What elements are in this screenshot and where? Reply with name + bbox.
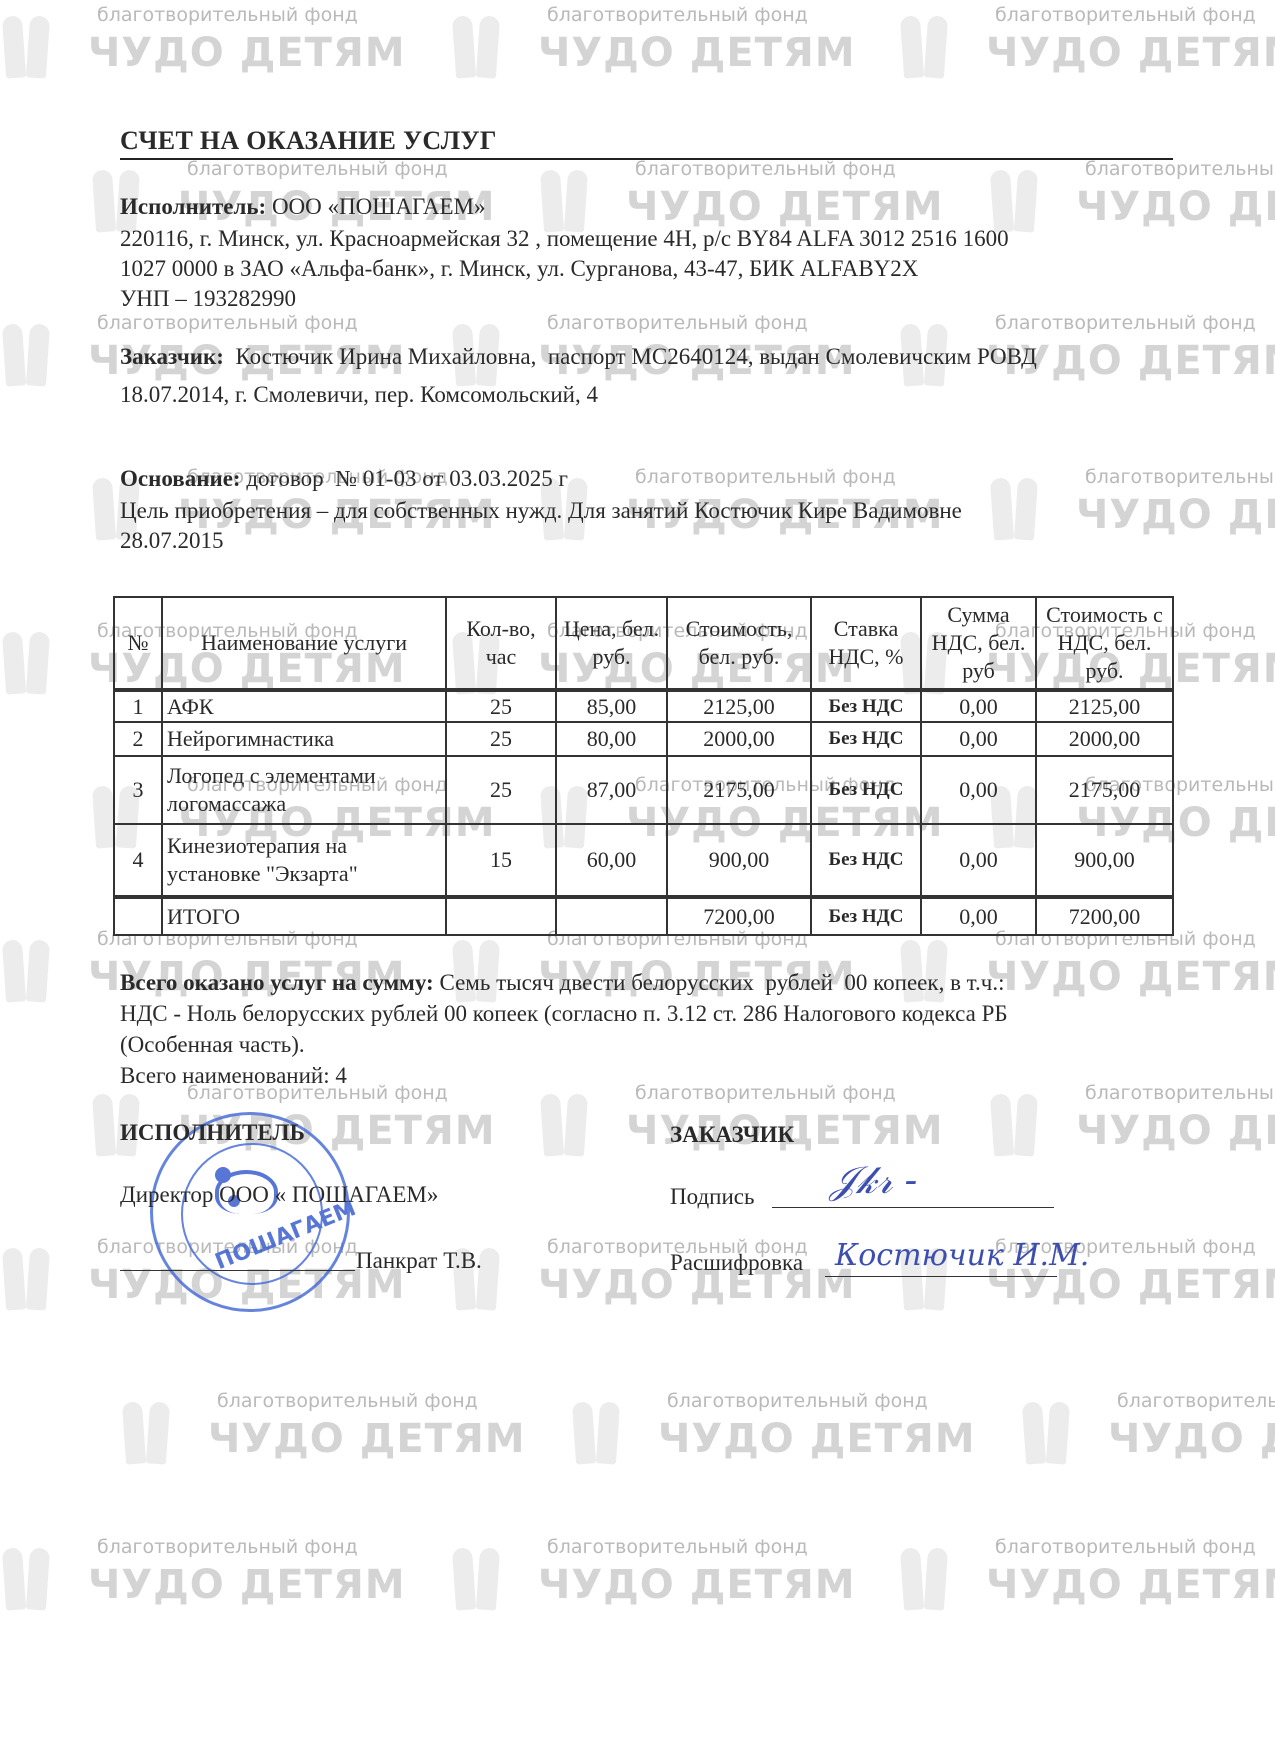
document-title: СЧЕТ НА ОКАЗАНИЕ УСЛУГ — [120, 126, 497, 156]
row-cost: 900,00 — [667, 824, 811, 897]
totals-row: ИТОГО 7200,00 Без НДС 0,00 7200,00 — [114, 897, 1173, 935]
totals-vat-rate: Без НДС — [811, 897, 921, 935]
col-header-num: № — [114, 597, 162, 690]
row-vat-rate: Без НДС — [811, 824, 921, 897]
row-price: 87,00 — [556, 756, 667, 824]
totals-label: ИТОГО — [162, 897, 446, 935]
row-name: АФК — [162, 690, 446, 722]
row-name: Нейрогимнастика — [162, 722, 446, 756]
executor-label: Исполнитель: — [120, 194, 266, 219]
executor-name: ООО «ПОШАГАЕМ» — [272, 194, 486, 219]
row-num: 2 — [114, 722, 162, 756]
row-total: 900,00 — [1036, 824, 1173, 897]
col-header-name: Наименование услуги — [162, 597, 446, 690]
summary-count: Всего наименований: 4 — [120, 1061, 347, 1090]
table-row: 3 Логопед с элементами логомассажа 25 87… — [114, 756, 1173, 824]
handwritten-signature: 𝒥𝓀𝓇 - — [830, 1158, 917, 1203]
customer-line2: 18.07.2014, г. Смолевичи, пер. Комсомоль… — [120, 380, 598, 409]
table-header-row: № Наименование услуги Кол-во, час Цена, … — [114, 597, 1173, 690]
totals-cost: 7200,00 — [667, 897, 811, 935]
row-vat-sum: 0,00 — [921, 690, 1036, 722]
row-num: 1 — [114, 690, 162, 722]
col-header-qty: Кол-во, час — [446, 597, 556, 690]
col-header-vat-rate: Ставка НДС, % — [811, 597, 921, 690]
summary-label: Всего оказано услуг на сумму: — [120, 970, 434, 995]
row-vat-rate: Без НДС — [811, 690, 921, 722]
row-qty: 25 — [446, 690, 556, 722]
totals-vat-sum: 0,00 — [921, 897, 1036, 935]
col-header-cost: Стоимость, бел. руб. — [667, 597, 811, 690]
row-name: Кинезиотерапия на установке "Экзарта" — [162, 824, 446, 897]
summary-vat-line: НДС - Ноль белорусских рублей 00 копеек … — [120, 999, 1008, 1028]
table-row: 4 Кинезиотерапия на установке "Экзарта" … — [114, 824, 1173, 897]
signature-line — [772, 1207, 1054, 1208]
row-cost: 2175,00 — [667, 756, 811, 824]
row-qty: 15 — [446, 824, 556, 897]
row-total: 2125,00 — [1036, 690, 1173, 722]
executor-unp: УНП – 193282990 — [120, 284, 296, 313]
row-vat-sum: 0,00 — [921, 824, 1036, 897]
table-row: 2 Нейрогимнастика 25 80,00 2000,00 Без Н… — [114, 722, 1173, 756]
totals-price — [556, 897, 667, 935]
col-header-vat-sum: Сумма НДС, бел. руб — [921, 597, 1036, 690]
purpose-line1: Цель приобретения – для собственных нужд… — [120, 496, 962, 525]
row-cost: 2125,00 — [667, 690, 811, 722]
basis-label: Основание: — [120, 466, 241, 491]
row-qty: 25 — [446, 756, 556, 824]
executor-position: Директор ООО « ПОШАГАЕМ» — [120, 1180, 438, 1209]
executor-name: Панкрат Т.В. — [356, 1246, 482, 1275]
summary-text: Семь тысяч двести белорусских рублей 00 … — [434, 970, 1005, 995]
executor-block: Исполнитель: ООО «ПОШАГАЕМ» — [120, 192, 485, 221]
col-header-total: Стоимость с НДС, бел. руб. — [1036, 597, 1173, 690]
row-num: 4 — [114, 824, 162, 897]
summary-block: Всего оказано услуг на сумму: Семь тысяч… — [120, 968, 1004, 997]
row-vat-rate: Без НДС — [811, 756, 921, 824]
totals-total: 7200,00 — [1036, 897, 1173, 935]
basis-text: договор № 01-03 от 03.03.2025 г — [241, 466, 568, 491]
executor-address-line2: 1027 0000 в ЗАО «Альфа-банк», г. Минск, … — [120, 254, 918, 283]
row-total: 2000,00 — [1036, 722, 1173, 756]
row-name: Логопед с элементами логомассажа — [162, 756, 446, 824]
purpose-line2: 28.07.2015 — [120, 526, 224, 555]
row-vat-rate: Без НДС — [811, 722, 921, 756]
handwritten-decoding: Костючик И.М. — [835, 1238, 1089, 1273]
totals-num — [114, 897, 162, 935]
summary-vat-line2: (Особенная часть). — [120, 1030, 305, 1059]
basis-block: Основание: договор № 01-03 от 03.03.2025… — [120, 464, 568, 493]
row-vat-sum: 0,00 — [921, 756, 1036, 824]
customer-heading: ЗАКАЗЧИК — [670, 1120, 794, 1149]
customer-block: Заказчик: Костючик Ирина Михайловна, пас… — [120, 342, 1037, 371]
decoding-line — [825, 1276, 1057, 1277]
row-price: 80,00 — [556, 722, 667, 756]
row-cost: 2000,00 — [667, 722, 811, 756]
executor-signature-line — [120, 1270, 355, 1271]
title-underline — [120, 158, 1173, 160]
row-price: 60,00 — [556, 824, 667, 897]
customer-line1: Костючик Ирина Михайловна, паспорт МС264… — [224, 344, 1037, 369]
totals-qty — [446, 897, 556, 935]
services-table: № Наименование услуги Кол-во, час Цена, … — [113, 596, 1174, 936]
row-qty: 25 — [446, 722, 556, 756]
executor-address-line1: 220116, г. Минск, ул. Красноармейская 32… — [120, 224, 1009, 253]
col-header-price: Цена, бел. руб. — [556, 597, 667, 690]
row-total: 2175,00 — [1036, 756, 1173, 824]
table-row: 1 АФК 25 85,00 2125,00 Без НДС 0,00 2125… — [114, 690, 1173, 722]
row-num: 3 — [114, 756, 162, 824]
invoice-document: СЧЕТ НА ОКАЗАНИЕ УСЛУГ Исполнитель: ООО … — [0, 0, 1275, 1750]
row-vat-sum: 0,00 — [921, 722, 1036, 756]
executor-heading: ИСПОЛНИТЕЛЬ — [120, 1118, 305, 1147]
signature-label: Подпись — [670, 1182, 754, 1211]
row-price: 85,00 — [556, 690, 667, 722]
decoding-label: Расшифровка — [670, 1248, 803, 1277]
customer-label: Заказчик: — [120, 344, 224, 369]
